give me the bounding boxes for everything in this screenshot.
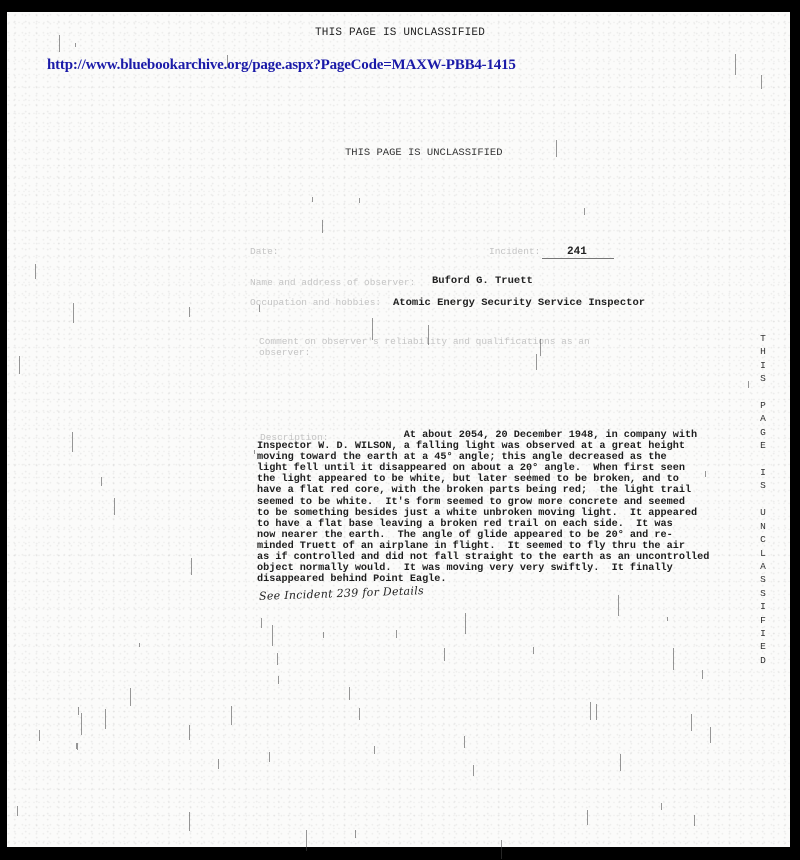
scan-streak <box>277 653 278 665</box>
scan-streak <box>359 708 360 720</box>
scan-streak <box>620 754 621 771</box>
scan-streak <box>75 43 76 47</box>
scan-streak <box>72 432 73 452</box>
date-label: Date: <box>250 246 279 257</box>
scan-streak <box>130 688 131 706</box>
scan-streak <box>77 743 78 750</box>
scan-streak <box>78 707 79 715</box>
scan-streak <box>114 498 115 515</box>
scan-streak <box>444 648 445 661</box>
scan-streak <box>556 140 557 157</box>
scan-streak <box>702 670 703 679</box>
scan-streak <box>272 625 273 646</box>
scan-streak <box>428 325 429 345</box>
scan-streak <box>748 381 749 388</box>
scan-streak <box>189 812 190 831</box>
scan-streak <box>306 830 307 851</box>
observer-name-label: Name and address of observer: <box>250 277 415 288</box>
incident-number: 241 <box>567 246 587 258</box>
scan-streak <box>464 736 465 748</box>
handwritten-note: See Incident 239 for Details <box>259 584 424 603</box>
scan-streak <box>349 687 350 700</box>
classification-banner-top: THIS PAGE IS UNCLASSIFIED <box>315 27 485 39</box>
scan-streak <box>584 208 585 214</box>
scan-streak <box>35 264 36 279</box>
scan-streak <box>312 197 313 202</box>
classification-banner-mid: THIS PAGE IS UNCLASSIFIED <box>345 147 503 159</box>
scan-streak <box>661 803 662 810</box>
scan-streak <box>254 450 255 454</box>
scan-streak <box>705 471 706 477</box>
scan-streak <box>191 558 192 575</box>
archive-url-link[interactable]: http://www.bluebookarchive.org/page.aspx… <box>47 57 516 74</box>
scan-streak <box>691 714 692 731</box>
scan-streak <box>618 595 619 615</box>
scan-streak <box>278 676 279 684</box>
reliability-question-label: Comment on observer's reliability and qu… <box>259 336 639 358</box>
classification-banner-vertical: T H I S P A G E I S U N C L A S S I F I … <box>757 332 769 667</box>
scan-streak <box>261 618 262 628</box>
scan-streak <box>667 617 668 622</box>
scan-streak <box>396 630 397 638</box>
scan-streak <box>81 713 82 735</box>
scan-streak <box>105 709 106 729</box>
scan-streak <box>73 303 74 324</box>
scan-streak <box>218 759 219 769</box>
scan-streak <box>359 198 360 204</box>
incident-label: Incident: <box>489 246 540 257</box>
scan-streak <box>39 730 40 741</box>
scan-streak <box>19 356 20 374</box>
scan-streak <box>189 725 190 740</box>
scan-streak <box>540 339 541 356</box>
scan-streak <box>372 318 373 340</box>
scan-streak <box>590 702 591 720</box>
incident-underline <box>542 258 614 259</box>
scan-streak <box>501 840 502 859</box>
scan-streak <box>231 706 232 724</box>
scan-streak <box>587 810 588 826</box>
scan-streak <box>473 765 474 776</box>
scan-streak <box>529 469 530 478</box>
scan-streak <box>227 55 228 68</box>
scan-streak <box>139 643 140 647</box>
scan-streak <box>322 220 323 233</box>
scan-streak <box>694 815 695 826</box>
scan-streak <box>374 746 375 754</box>
scan-streak <box>269 752 270 762</box>
scan-streak <box>735 54 736 75</box>
observer-name: Buford G. Truett <box>432 275 533 287</box>
scan-streak <box>533 647 534 654</box>
scan-streak <box>710 727 711 743</box>
sighting-narrative: At about 2054, 20 December 1948, in comp… <box>257 430 657 585</box>
scan-streak <box>17 806 18 816</box>
scan-streak <box>465 613 466 634</box>
scan-streak <box>101 477 102 485</box>
observer-occupation: Atomic Energy Security Service Inspector <box>393 297 645 309</box>
scan-streak <box>189 307 190 316</box>
scan-streak <box>59 35 60 52</box>
scan-streak <box>761 75 762 89</box>
scan-streak <box>355 830 356 838</box>
scan-streak <box>596 704 597 720</box>
scanned-document-page: THIS PAGE IS UNCLASSIFIED http://www.blu… <box>7 12 790 847</box>
scan-streak <box>536 354 537 370</box>
occupation-label: Occupation and hobbies: <box>250 297 381 308</box>
scan-streak <box>323 632 324 638</box>
scan-streak <box>673 648 674 669</box>
scan-streak <box>259 305 260 312</box>
